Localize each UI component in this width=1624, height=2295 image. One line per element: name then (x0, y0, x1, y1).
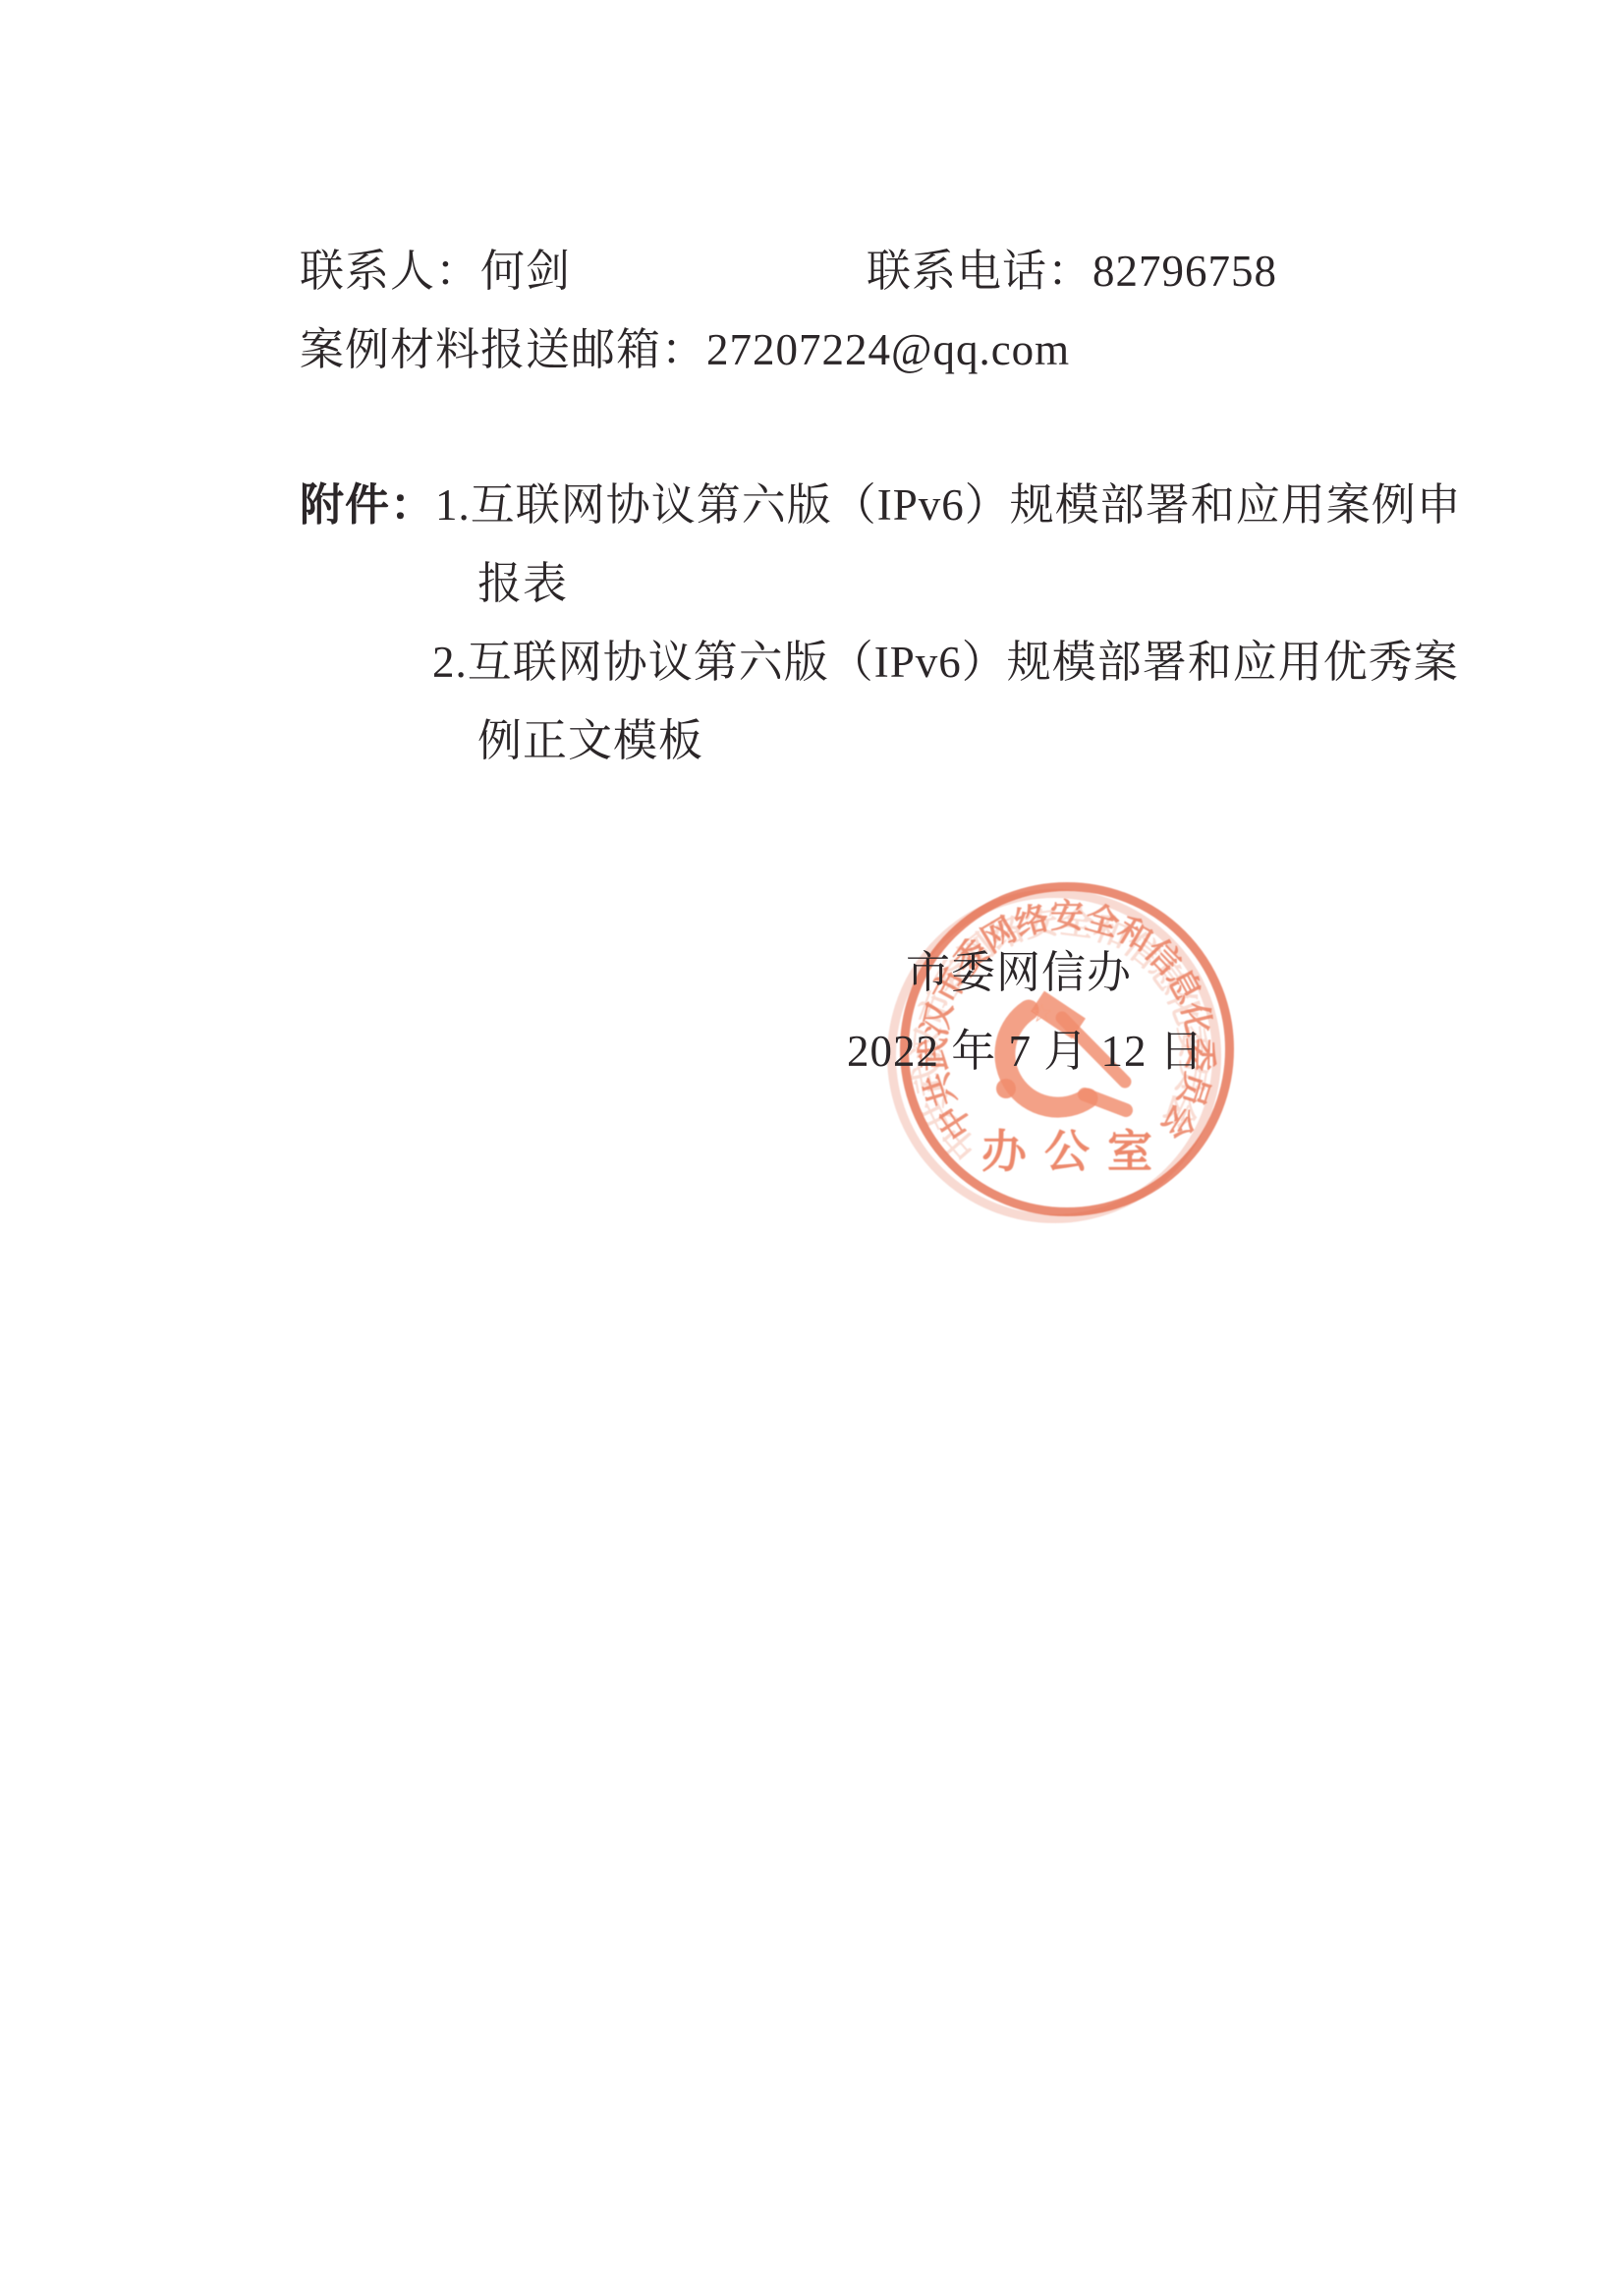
attachments-line-1: 附件：1.互联网协议第六版（IPv6）规模部署和应用案例申 (300, 483, 1462, 528)
seal-office-text: 办公室 (900, 1130, 1234, 1175)
attachments-label: 附件： (300, 480, 435, 530)
signature-date: 2022 年 7 月 12 日 (847, 1030, 1204, 1074)
contact-phone: 联系电话：82796758 (867, 250, 1277, 294)
contact-email: 案例材料报送邮箱：27207224@qq.com (300, 328, 1070, 372)
attachments-line-3: 2.互联网协议第六版（IPv6）规模部署和应用优秀案 (432, 641, 1459, 685)
star-icon: ☆ (1031, 1001, 1053, 1027)
document-page: 联系人：何剑 联系电话：82796758 案例材料报送邮箱：27207224@q… (0, 0, 1624, 2295)
contact-person: 联系人：何剑 (300, 250, 571, 294)
attachment-1-text: 1.互联网协议第六版（IPv6）规模部署和应用案例申 (435, 480, 1462, 530)
attachments-line-2: 报表 (477, 562, 568, 606)
attachments-line-4: 例正文模板 (477, 719, 703, 763)
signature-organization: 市委网信办 (906, 951, 1132, 995)
